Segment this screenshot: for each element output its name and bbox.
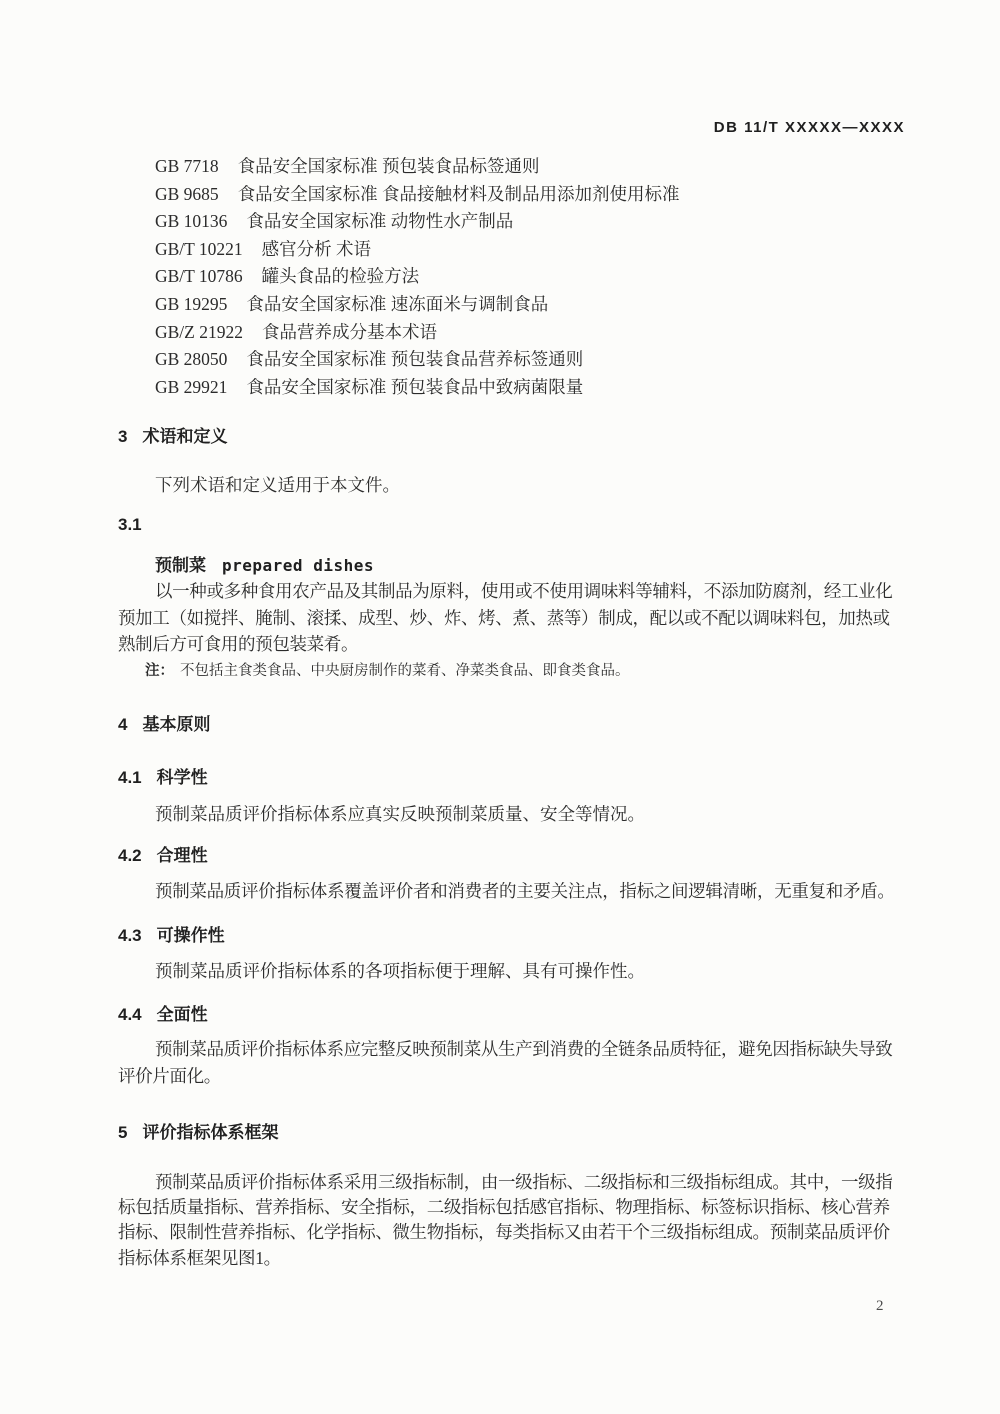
definition-note: 注：不包括主食类食品、中央厨房制作的菜肴、净菜类食品、即食类食品。 (145, 659, 630, 680)
clause-4-3-heading: 4.3可操作性 (118, 921, 225, 946)
term-definition-title: 预制菜prepared dishes (155, 551, 374, 576)
reference-title: 食品安全国家标准 预包装食品营养标签通则 (246, 349, 583, 369)
section-4-heading: 4基本原则 (118, 710, 210, 735)
reference-item: GB 7718食品安全国家标准 预包装食品标签通则 (155, 153, 680, 181)
clause-number: 4.4 (118, 1005, 142, 1024)
note-text: 不包括主食类食品、中央厨房制作的菜肴、净菜类食品、即食类食品。 (180, 663, 630, 679)
clause-4-2-heading: 4.2合理性 (118, 841, 208, 866)
clause-title: 可操作性 (157, 926, 225, 945)
reference-code: GB 29921 (155, 377, 227, 397)
body-line: 预制菜品质评价指标体系应完整反映预制菜从生产到消费的全链条品质特征，避免因指标缺… (118, 1036, 910, 1063)
reference-code: GB/Z 21922 (155, 322, 243, 342)
clause-4-1-body: 预制菜品质评价指标体系应真实反映预制菜质量、安全等情况。 (155, 801, 645, 826)
clause-3-1-number: 3.1 (118, 515, 142, 535)
clause-number: 4.3 (118, 926, 142, 945)
reference-item: GB 9685食品安全国家标准 食品接触材料及制品用添加剂使用标准 (155, 181, 680, 209)
section-5-heading: 5评价指标体系框架 (118, 1118, 278, 1143)
term-chinese: 预制菜 (155, 556, 206, 575)
reference-code: GB 10136 (155, 211, 227, 231)
section-number: 3 (118, 427, 127, 446)
clause-4-4-heading: 4.4全面性 (118, 1000, 208, 1025)
body-line: 标包括质量指标、营养指标、安全指标，二级指标包括感官指标、物理指标、标签标识指标… (118, 1195, 910, 1220)
document-header-code: DB 11/T XXXXX—XXXX (714, 119, 905, 136)
reference-title: 罐头食品的检验方法 (262, 266, 420, 286)
section-number: 5 (118, 1123, 127, 1142)
section-number: 4 (118, 715, 127, 734)
clause-title: 全面性 (157, 1005, 208, 1024)
clause-4-2-body: 预制菜品质评价指标体系覆盖评价者和消费者的主要关注点，指标之间逻辑清晰，无重复和… (155, 878, 895, 903)
clause-4-1-heading: 4.1科学性 (118, 763, 208, 788)
reference-code: GB 9685 (155, 184, 219, 204)
page-number: 2 (876, 1298, 884, 1315)
reference-title: 感官分析 术语 (262, 239, 371, 259)
reference-item: GB 29921食品安全国家标准 预包装食品中致病菌限量 (155, 374, 680, 402)
clause-4-3-body: 预制菜品质评价指标体系的各项指标便于理解、具有可操作性。 (155, 958, 645, 983)
normative-references-list: GB 7718食品安全国家标准 预包装食品标签通则 GB 9685食品安全国家标… (155, 153, 680, 401)
reference-title: 食品安全国家标准 速冻面米与调制食品 (246, 294, 548, 314)
section-3-intro: 下列术语和定义适用于本文件。 (155, 472, 400, 497)
body-line: 预制菜品质评价指标体系采用三级指标制，由一级指标、二级指标和三级指标组成。其中，… (118, 1170, 910, 1195)
reference-code: GB/T 10221 (155, 239, 243, 259)
clause-title: 合理性 (157, 846, 208, 865)
section-3-heading: 3术语和定义 (118, 422, 227, 447)
reference-title: 食品安全国家标准 预包装食品标签通则 (238, 156, 540, 176)
reference-item: GB 10136食品安全国家标准 动物性水产制品 (155, 208, 680, 236)
reference-item: GB/Z 21922食品营养成分基本术语 (155, 319, 680, 347)
reference-title: 食品安全国家标准 动物性水产制品 (246, 211, 513, 231)
body-line: 指标、限制性营养指标、化学指标、微生物指标，每类指标又由若干个三级指标组成。预制… (118, 1220, 910, 1245)
section-title: 术语和定义 (142, 427, 227, 446)
reference-code: GB 28050 (155, 349, 227, 369)
body-line: 指标体系框架见图1。 (118, 1246, 910, 1271)
definition-line: 熟制后方可食用的预包装菜肴。 (118, 631, 910, 658)
section-5-body: 预制菜品质评价指标体系采用三级指标制，由一级指标、二级指标和三级指标组成。其中，… (118, 1170, 910, 1271)
term-english: prepared dishes (222, 556, 374, 575)
document-page: DB 11/T XXXXX—XXXX GB 7718食品安全国家标准 预包装食品… (0, 0, 1000, 1414)
clause-4-4-body: 预制菜品质评价指标体系应完整反映预制菜从生产到消费的全链条品质特征，避免因指标缺… (118, 1036, 910, 1090)
reference-title: 食品营养成分基本术语 (262, 322, 437, 342)
section-title: 基本原则 (142, 715, 210, 734)
reference-title: 食品安全国家标准 预包装食品中致病菌限量 (246, 377, 583, 397)
reference-code: GB 7718 (155, 156, 219, 176)
clause-number: 4.1 (118, 768, 142, 787)
clause-title: 科学性 (157, 768, 208, 787)
term-definition-paragraph: 以一种或多种食用农产品及其制品为原料，使用或不使用调味料等辅料，不添加防腐剂，经… (118, 578, 910, 658)
reference-item: GB 19295食品安全国家标准 速冻面米与调制食品 (155, 291, 680, 319)
reference-item: GB/T 10786罐头食品的检验方法 (155, 263, 680, 291)
note-label: 注： (145, 663, 174, 679)
reference-code: GB/T 10786 (155, 266, 243, 286)
section-title: 评价指标体系框架 (142, 1123, 278, 1142)
reference-title: 食品安全国家标准 食品接触材料及制品用添加剂使用标准 (238, 184, 680, 204)
reference-item: GB/T 10221感官分析 术语 (155, 236, 680, 264)
definition-line: 预加工（如搅拌、腌制、滚揉、成型、炒、炸、烤、煮、蒸等）制成，配以或不配以调味料… (118, 605, 910, 632)
definition-line: 以一种或多种食用农产品及其制品为原料，使用或不使用调味料等辅料，不添加防腐剂，经… (118, 578, 910, 605)
body-line: 评价片面化。 (118, 1063, 910, 1090)
reference-code: GB 19295 (155, 294, 227, 314)
reference-item: GB 28050食品安全国家标准 预包装食品营养标签通则 (155, 346, 680, 374)
clause-number: 4.2 (118, 846, 142, 865)
